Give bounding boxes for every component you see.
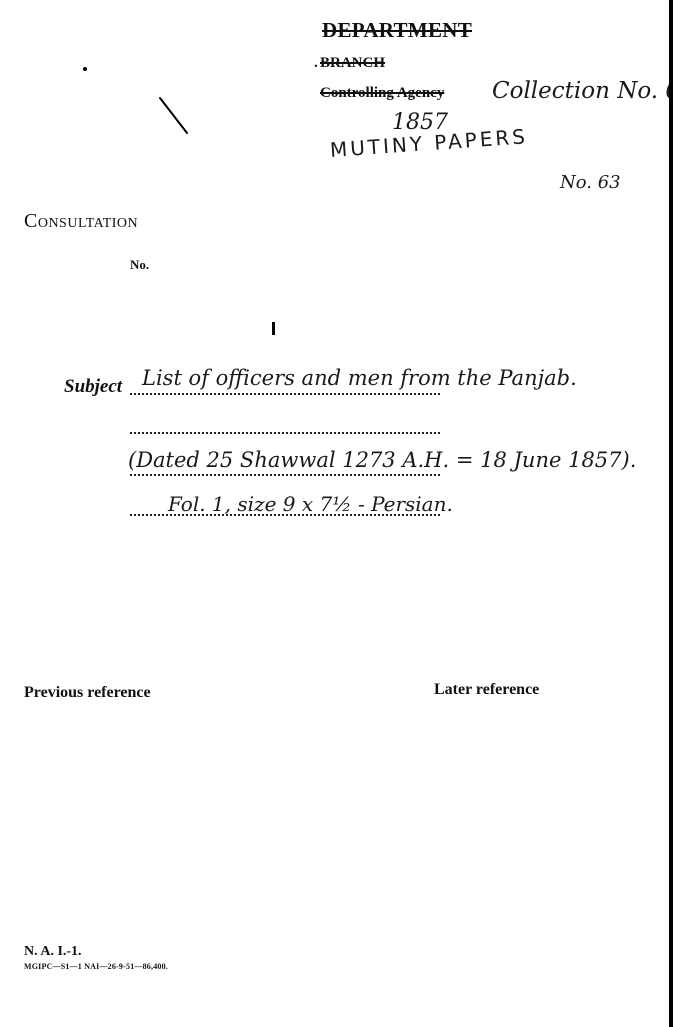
subject-dotted-line-2 (130, 432, 440, 434)
collection-number-handwritten: Collection No. 61. (492, 78, 673, 104)
consultation-heading: Consultation (24, 210, 138, 233)
ink-tick-mark (272, 322, 275, 335)
consultation-number-label: No. (130, 257, 149, 273)
branch-label: BRANCH (320, 55, 385, 72)
subject-line-1-handwritten: List of officers and men from the Panjab… (142, 366, 577, 390)
pen-stroke-mark (156, 96, 192, 136)
controlling-agency-label: Controlling Agency (320, 85, 444, 102)
subject-label: Subject (64, 376, 122, 398)
subject-line-3-handwritten: Fol. 1, size 9 x 7½ - Persian. (168, 492, 453, 516)
printer-imprint: MGIPC—S1—1 NAI—26-9-51—86,400. (24, 962, 168, 971)
department-label: DEPARTMENT (322, 18, 472, 43)
subject-dotted-line-1 (130, 393, 440, 395)
previous-reference-label: Previous reference (24, 684, 151, 702)
ink-dot-mark (83, 67, 87, 71)
subject-line-2-handwritten: (Dated 25 Shawwal 1273 A.H. = 18 June 18… (128, 448, 636, 472)
subject-dotted-line-3 (130, 474, 440, 476)
form-number: N. A. I.-1. (24, 944, 82, 960)
later-reference-label: Later reference (434, 681, 539, 699)
item-number-handwritten: No. 63 (560, 172, 621, 193)
scan-edge-border (669, 0, 673, 1027)
record-cover-sheet: DEPARTMENT BRANCH Controlling Agency Col… (0, 0, 673, 1027)
